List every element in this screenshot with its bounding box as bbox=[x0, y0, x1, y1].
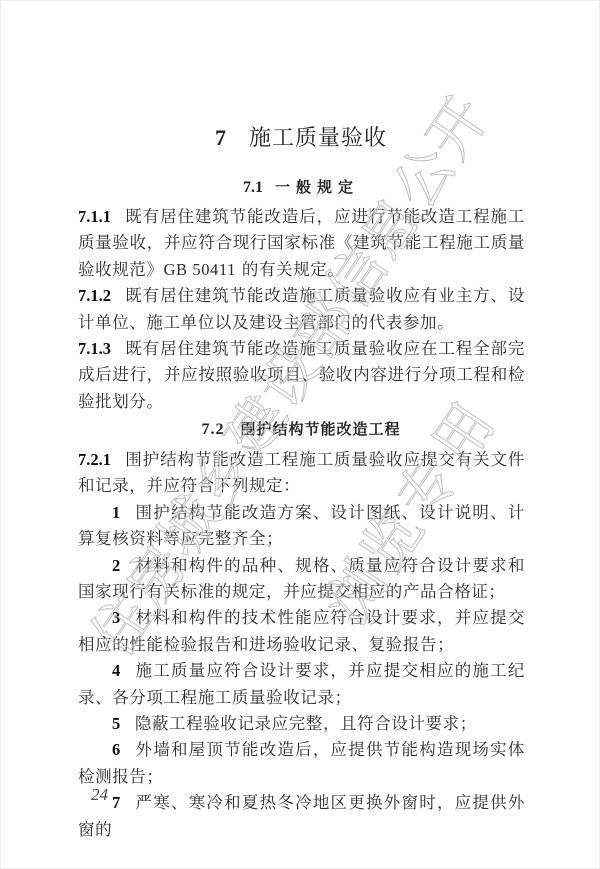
item-number: 6 bbox=[112, 740, 121, 759]
item-number: 7 bbox=[112, 793, 121, 812]
section-heading-7-2: 7.2围护结构节能改造工程 bbox=[1, 418, 600, 439]
document-page: 7施工质量验收 7.1一般规定 7.1.1既有居住建筑节能改造后，应进行节能改造… bbox=[0, 0, 600, 869]
clause-7-1-3: 7.1.3既有居住建筑节能改造施工质量验收应在工程全部完成后进行，并应按照验收项… bbox=[78, 336, 525, 415]
clause-number: 7.2.1 bbox=[78, 450, 111, 469]
item-number: 3 bbox=[112, 608, 121, 627]
item-number: 1 bbox=[112, 503, 121, 522]
list-item: 5隐蔽工程验收记录应完整，且符合设计要求； bbox=[78, 711, 525, 737]
clause-text: 既有居住建筑节能改造施工质量验收应在工程全部完成后进行，并应按照验收项目、验收内… bbox=[78, 339, 525, 411]
section-7-1-body: 7.1.1既有居住建筑节能改造后，应进行节能改造工程施工质量验收，并应符合现行国… bbox=[78, 204, 525, 415]
clause-number: 7.1.3 bbox=[78, 339, 111, 358]
section-title: 围护结构节能改造工程 bbox=[240, 420, 400, 438]
item-number: 5 bbox=[112, 714, 121, 733]
item-text: 围护结构节能改造方案、设计图纸、设计说明、计算复核资料等应完整齐全； bbox=[78, 503, 525, 548]
item-text: 施工质量应符合设计要求，并应提交相应的施工纪录、各分项工程施工质量验收记录； bbox=[78, 661, 525, 706]
list-item: 7严寒、寒冷和夏热冬冷地区更换外窗时，应提供外窗的 bbox=[78, 790, 525, 843]
list-item: 4施工质量应符合设计要求，并应提交相应的施工纪录、各分项工程施工质量验收记录； bbox=[78, 658, 525, 711]
section-heading-7-1: 7.1一般规定 bbox=[1, 176, 600, 197]
chapter-number: 7 bbox=[215, 125, 227, 150]
section-7-2-body: 7.2.1围护结构节能改造工程施工质量验收应提交有关文件和记录，并应符合下列规定… bbox=[78, 447, 525, 843]
item-text: 材料和构件的品种、规格、质量应符合设计要求和国家现行有关标准的规定，并应提交相应… bbox=[78, 556, 525, 601]
clause-number: 7.1.2 bbox=[78, 286, 111, 305]
page-number: 24 bbox=[91, 785, 108, 805]
section-title: 一般规定 bbox=[275, 178, 359, 196]
item-number: 2 bbox=[112, 556, 121, 575]
clause-text: 既有居住建筑节能改造施工质量验收应有业主方、设计单位、施工单位以及建设主管部门的… bbox=[78, 286, 525, 331]
list-item: 6外墙和屋顶节能改造后，应提供节能构造现场实体检测报告； bbox=[78, 737, 525, 790]
item-text: 严寒、寒冷和夏热冬冷地区更换外窗时，应提供外窗的 bbox=[78, 793, 525, 838]
item-text: 外墙和屋顶节能改造后，应提供节能构造现场实体检测报告； bbox=[78, 740, 525, 785]
clause-text-after: 的有关规定。 bbox=[242, 260, 345, 279]
chapter-title-text: 施工质量验收 bbox=[249, 126, 387, 151]
item-number: 4 bbox=[112, 661, 121, 680]
list-item: 2材料和构件的品种、规格、质量应符合设计要求和国家现行有关标准的规定，并应提交相… bbox=[78, 553, 525, 606]
clause-number: 7.1.1 bbox=[78, 207, 111, 226]
clause-7-1-2: 7.1.2既有居住建筑节能改造施工质量验收应有业主方、设计单位、施工单位以及建设… bbox=[78, 283, 525, 336]
chapter-title: 7施工质量验收 bbox=[1, 121, 600, 152]
list-item: 1围护结构节能改造方案、设计图纸、设计说明、计算复核资料等应完整齐全； bbox=[78, 500, 525, 553]
list-item: 3材料和构件的技术性能应符合设计要求，并应提交相应的性能检验报告和进场验收记录、… bbox=[78, 605, 525, 658]
clause-text: 围护结构节能改造工程施工质量验收应提交有关文件和记录，并应符合下列规定： bbox=[78, 450, 525, 495]
clause-7-1-1: 7.1.1既有居住建筑节能改造后，应进行节能改造工程施工质量验收，并应符合现行国… bbox=[78, 204, 525, 283]
clause-7-2-1: 7.2.1围护结构节能改造工程施工质量验收应提交有关文件和记录，并应符合下列规定… bbox=[78, 447, 525, 500]
standard-code: GB 50411 bbox=[164, 260, 236, 279]
section-number: 7.1 bbox=[243, 179, 263, 196]
section-number: 7.2 bbox=[201, 421, 224, 438]
item-text: 材料和构件的技术性能应符合设计要求，并应提交相应的性能检验报告和进场验收记录、复… bbox=[78, 608, 525, 653]
item-text: 隐蔽工程验收记录应完整，且符合设计要求； bbox=[135, 714, 477, 733]
